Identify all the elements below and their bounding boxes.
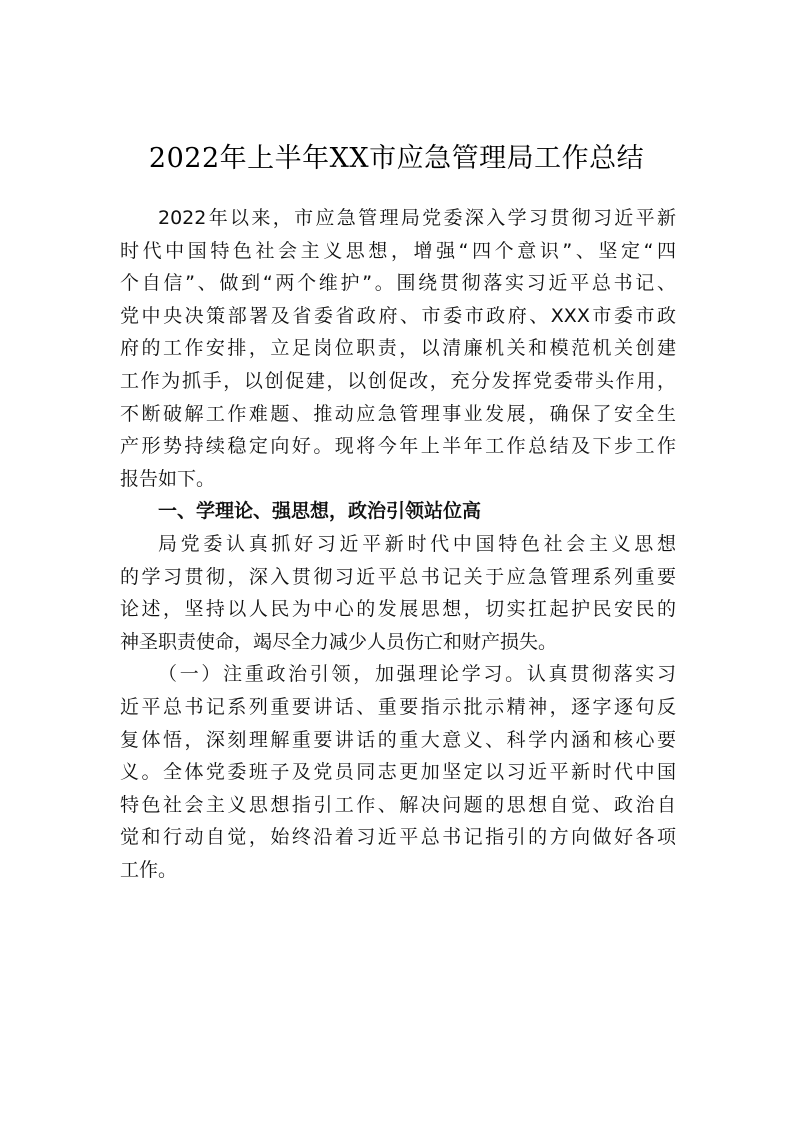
text-line: 府的工作安排，立足岗位职责，以清廉机关和模范机关创建: [120, 332, 676, 365]
text-line: （一）注重政治引领，加强理论学习。认真贯彻落实习: [120, 658, 676, 691]
section-heading-text: 一、学理论、强思想，政治引领站位高: [120, 495, 676, 528]
text-line: 党中央决策部署及省委省政府、市委市政府、XXX市委市政: [120, 300, 676, 333]
text-line: 工作。: [120, 854, 676, 887]
text-line: 特色社会主义思想指引工作、解决问题的思想自觉、政治自: [120, 789, 676, 822]
text-line: 产形势持续稳定向好。现将今年上半年工作总结及下步工作: [120, 430, 676, 463]
text-line: 神圣职责使命，竭尽全力减少人员伤亡和财产损失。: [120, 626, 676, 659]
text-line: 不断破解工作难题、推动应急管理事业发展，确保了安全生: [120, 398, 676, 431]
paragraph-subsection-1: （一）注重政治引领，加强理论学习。认真贯彻落实习 近平总书记系列重要讲话、重要指…: [120, 658, 676, 886]
document-title: 2022年上半年XX市应急管理局工作总结: [0, 139, 793, 179]
text-line: 论述，坚持以人民为中心的发展思想，切实扛起护民安民的: [120, 593, 676, 626]
text-line: 复体悟，深刻理解重要讲话的重大意义、科学内涵和核心要: [120, 724, 676, 757]
document-body: 2022年以来，市应急管理局党委深入学习贯彻习近平新 时代中国特色社会主义思想，…: [120, 202, 676, 886]
paragraph-intro: 2022年以来，市应急管理局党委深入学习贯彻习近平新 时代中国特色社会主义思想，…: [120, 202, 676, 495]
text-line: 工作为抓手，以创促建，以创促改，充分发挥党委带头作用，: [120, 365, 676, 398]
document-page: 2022年上半年XX市应急管理局工作总结 2022年以来，市应急管理局党委深入学…: [0, 0, 793, 1122]
text-line: 的学习贯彻，深入贯彻习近平总书记关于应急管理系列重要: [120, 561, 676, 594]
paragraph-section-1-intro: 局党委认真抓好习近平新时代中国特色社会主义思想 的学习贯彻，深入贯彻习近平总书记…: [120, 528, 676, 658]
text-line: 时代中国特色社会主义思想，增强“四个意识”、坚定“四: [120, 235, 676, 268]
text-line: 局党委认真抓好习近平新时代中国特色社会主义思想: [120, 528, 676, 561]
text-line: 觉和行动自觉，始终沿着习近平总书记指引的方向做好各项: [120, 821, 676, 854]
text-line: 个自信”、做到“两个维护”。围绕贯彻落实习近平总书记、: [120, 267, 676, 300]
section-heading-1: 一、学理论、强思想，政治引领站位高: [120, 495, 676, 528]
text-line: 近平总书记系列重要讲话、重要指示批示精神，逐字逐句反: [120, 691, 676, 724]
text-line: 报告如下。: [120, 463, 676, 496]
text-line: 2022年以来，市应急管理局党委深入学习贯彻习近平新: [120, 202, 676, 235]
text-line: 义。全体党委班子及党员同志更加坚定以习近平新时代中国: [120, 756, 676, 789]
